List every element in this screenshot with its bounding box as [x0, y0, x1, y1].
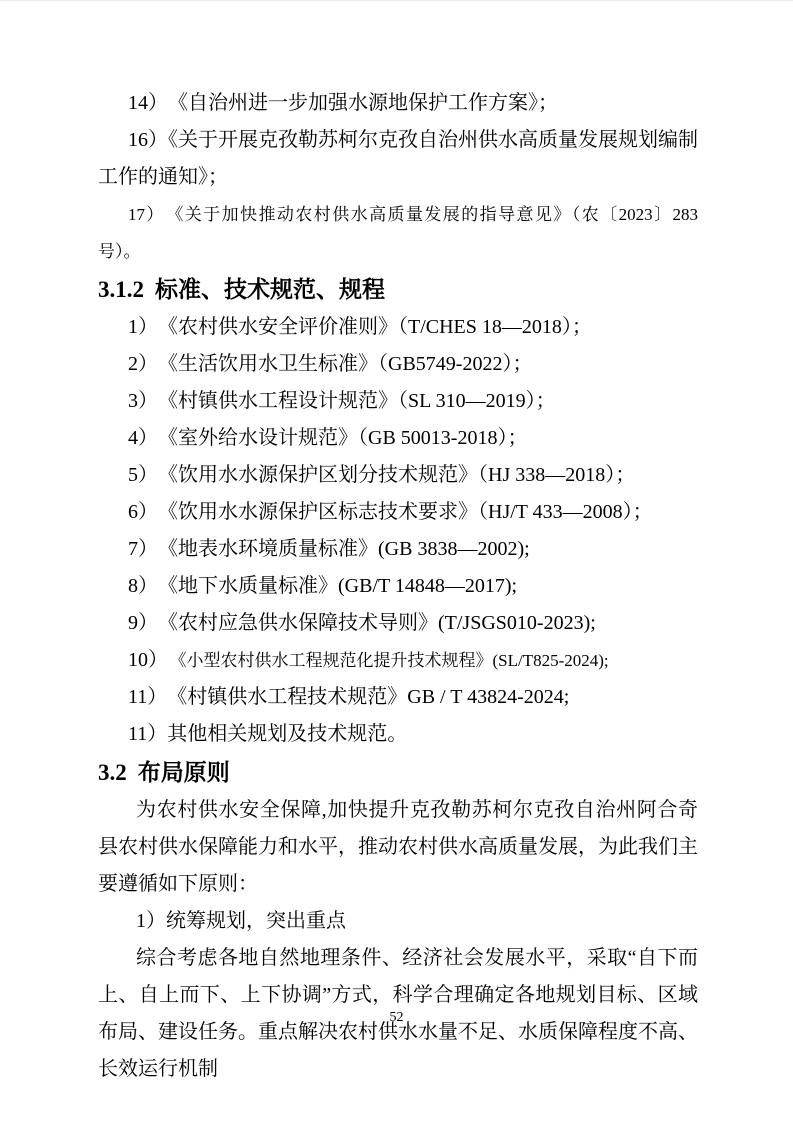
- list-item-number: 5）: [128, 464, 168, 486]
- list-item: 11）其他相关规划及技术规范。: [98, 716, 698, 753]
- page-number: 52: [0, 1009, 793, 1027]
- paragraph: 为农村供水安全保障,加快提升克孜勒苏柯尔克孜自治州阿合奇县农村供水保障能力和水平…: [98, 792, 698, 903]
- heading-title: 布局原则: [138, 759, 230, 785]
- list-item: 3） 《村镇供水工程设计规范》（SL 310—2019）；: [98, 383, 698, 420]
- list-item-number: 8）: [128, 575, 168, 597]
- list-item-text: 《生活饮用水卫生标准》（GB5749-2022）；: [168, 353, 532, 375]
- heading-number: 3.1.2: [98, 277, 144, 302]
- list-item-text: 《村镇供水工程设计规范》（SL 310—2019）；: [168, 390, 556, 412]
- list-item-text: 《饮用水水源保护区标志技术要求》（HJ/T 433—2008）；: [168, 501, 653, 523]
- heading-number: 3.2: [98, 760, 127, 785]
- list-item-text: 《关于开展克孜勒苏柯尔克孜自治州供水高质量发展规划编制工作的通知》；: [98, 129, 698, 188]
- list-item-text: 《地下水质量标准》(GB/T 14848—2017);: [168, 575, 517, 597]
- list-item: 9） 《农村应急供水保障技术导则》(T/JSGS010-2023);: [98, 605, 698, 642]
- list-item-number: 17）: [128, 205, 175, 224]
- list-item: 1） 《农村供水安全评价准则》（T/CHES 18—2018）；: [98, 309, 698, 346]
- list-item-number: 3）: [128, 390, 168, 412]
- list-item-number: 6）: [128, 501, 168, 523]
- list-item-text: 《饮用水水源保护区划分技术规范》（HJ 338—2018）；: [168, 464, 635, 486]
- paragraph: 1）统筹规划，突出重点: [98, 903, 698, 940]
- list-item: 17） 《关于加快推动农村供水高质量发展的指导意见》（农〔2023〕283 号）…: [98, 196, 698, 270]
- list-item-text: 《农村供水安全评价准则》（T/CHES 18—2018）；: [168, 316, 592, 338]
- list-item-number: 11）: [128, 686, 177, 708]
- list-item-number: 14）: [128, 92, 178, 114]
- heading-title: 标准、技术规范、规程: [155, 276, 385, 302]
- section-heading-3-1-2: 3.1.2标准、技术规范、规程: [98, 270, 698, 309]
- list-item-text: 《小型农村供水工程规范化提升技术规程》(SL/T825-2024);: [178, 651, 609, 670]
- list-item-number: 9）: [128, 612, 168, 634]
- list-item-text: 《地表水环境质量标准》(GB 3838—2002);: [168, 538, 530, 560]
- document-page: 14） 《自治州进一步加强水源地保护工作方案》； 16）《关于开展克孜勒苏柯尔克…: [0, 0, 793, 1122]
- list-item: 11） 《村镇供水工程技术规范》GB / T 43824-2024;: [98, 679, 698, 716]
- list-item-text: 《室外给水设计规范》（GB 50013-2018）；: [168, 427, 527, 449]
- list-item: 16）《关于开展克孜勒苏柯尔克孜自治州供水高质量发展规划编制工作的通知》；: [98, 122, 698, 196]
- list-item: 7） 《地表水环境质量标准》(GB 3838—2002);: [98, 531, 698, 568]
- page-content: 14） 《自治州进一步加强水源地保护工作方案》； 16）《关于开展克孜勒苏柯尔克…: [0, 1, 793, 1088]
- list-item: 2） 《生活饮用水卫生标准》（GB5749-2022）；: [98, 346, 698, 383]
- list-item-number: 11）: [128, 723, 167, 745]
- list-item-text: 其他相关规划及技术规范。: [167, 723, 407, 745]
- list-item-number: 16）: [128, 129, 168, 151]
- list-item-number: 7）: [128, 538, 168, 560]
- list-item-text: 《自治州进一步加强水源地保护工作方案》；: [178, 92, 558, 114]
- list-item: 10） 《小型农村供水工程规范化提升技术规程》(SL/T825-2024);: [98, 642, 698, 679]
- list-item: 4） 《室外给水设计规范》（GB 50013-2018）；: [98, 420, 698, 457]
- list-item-text: 《村镇供水工程技术规范》GB / T 43824-2024;: [177, 686, 569, 708]
- list-item: 8） 《地下水质量标准》(GB/T 14848—2017);: [98, 568, 698, 605]
- list-item: 14） 《自治州进一步加强水源地保护工作方案》；: [98, 85, 698, 122]
- list-item: 6） 《饮用水水源保护区标志技术要求》（HJ/T 433—2008）；: [98, 494, 698, 531]
- section-heading-3-2: 3.2布局原则: [98, 753, 698, 792]
- list-item-number: 1）: [128, 316, 168, 338]
- list-item-number: 4）: [128, 427, 168, 449]
- list-item-text: 《农村应急供水保障技术导则》(T/JSGS010-2023);: [168, 612, 596, 634]
- list-item-text: 《关于加快推动农村供水高质量发展的指导意见》（农〔2023〕283 号）。: [98, 205, 698, 261]
- list-item-number: 2）: [128, 353, 168, 375]
- list-item-number: 10）: [128, 649, 178, 671]
- list-item: 5） 《饮用水水源保护区划分技术规范》（HJ 338—2018）；: [98, 457, 698, 494]
